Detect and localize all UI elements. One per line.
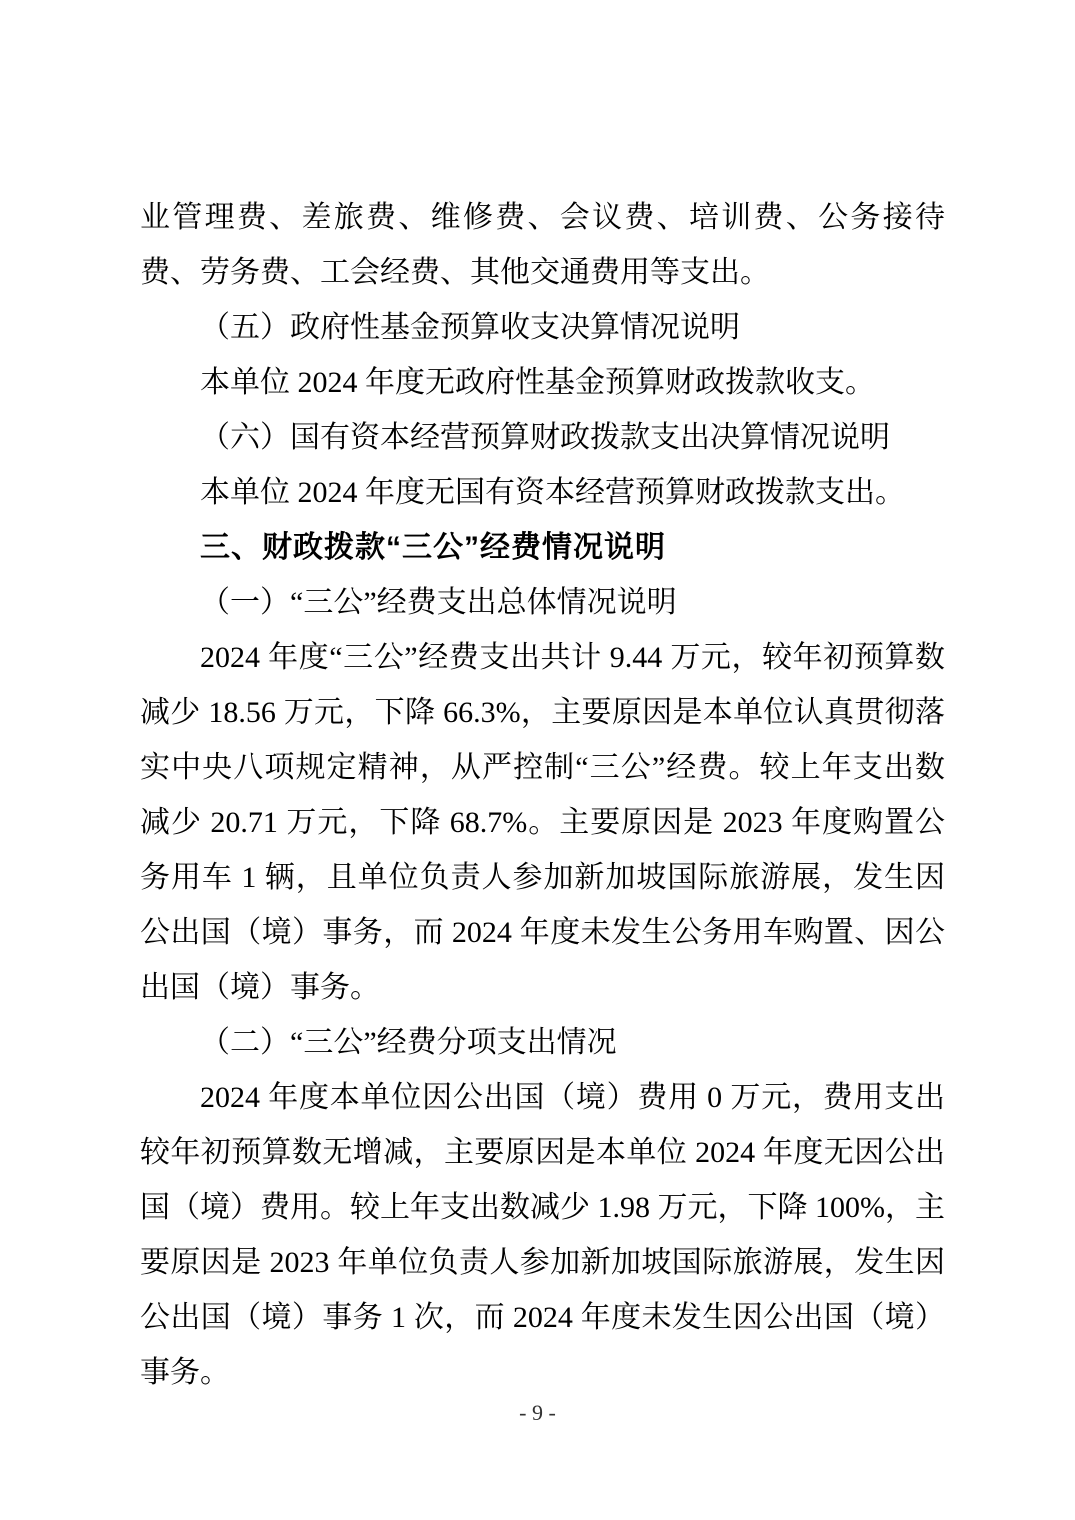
subsection-title-5-gov-fund-budget: （五）政府性基金预算收支决算情况说明 bbox=[140, 300, 945, 355]
paragraph-state-capital-none: 本单位 2024 年度无国有资本经营预算财政拨款支出。 bbox=[140, 465, 945, 520]
page-number: - 9 - bbox=[519, 1400, 556, 1425]
page-footer: - 9 - bbox=[0, 1398, 1075, 1428]
subsection-title-2-itemized-expenses: （二）“三公”经费分项支出情况 bbox=[140, 1015, 945, 1070]
paragraph-expense-items-continuation: 业管理费、差旅费、维修费、会议费、培训费、公务接待费、劳务费、工会经费、其他交通… bbox=[140, 190, 945, 300]
subsection-title-6-state-capital-budget: （六）国有资本经营预算财政拨款支出决算情况说明 bbox=[140, 410, 945, 465]
paragraph-gov-fund-none: 本单位 2024 年度无政府性基金预算财政拨款收支。 bbox=[140, 355, 945, 410]
section-heading-3-three-public-expenses: 三、财政拨款“三公”经费情况说明 bbox=[140, 520, 945, 575]
paragraph-overall-expense-details: 2024 年度“三公”经费支出共计 9.44 万元，较年初预算数减少 18.56… bbox=[140, 630, 945, 1015]
document-page: 业管理费、差旅费、维修费、会议费、培训费、公务接待费、劳务费、工会经费、其他交通… bbox=[0, 0, 1075, 1520]
paragraph-overseas-travel-details: 2024 年度本单位因公出国（境）费用 0 万元，费用支出较年初预算数无增减，主… bbox=[140, 1070, 945, 1400]
document-body: 业管理费、差旅费、维修费、会议费、培训费、公务接待费、劳务费、工会经费、其他交通… bbox=[140, 190, 945, 1400]
subsection-title-1-overall-situation: （一）“三公”经费支出总体情况说明 bbox=[140, 575, 945, 630]
